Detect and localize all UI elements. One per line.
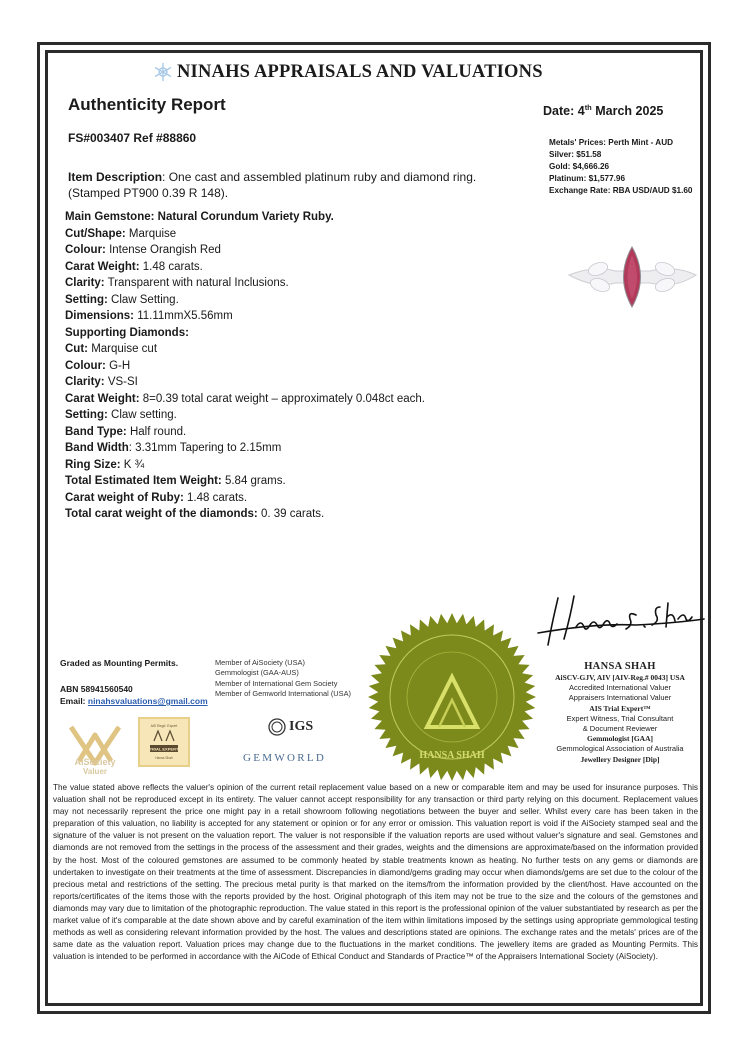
metal-price-gold: Gold: $4,666.26 xyxy=(549,161,692,173)
spec-label: Cut/Shape: xyxy=(65,228,126,240)
svg-text:Valuer: Valuer xyxy=(83,767,107,775)
exchange-rate: Exchange Rate: RBA USD/AUD $1.60 xyxy=(549,185,692,197)
spec-label: Band Type: xyxy=(65,426,127,438)
membership-list: Member of AiSociety (USA) Gemmologist (G… xyxy=(215,658,351,699)
svg-text:AiS Regd. Expert: AiS Regd. Expert xyxy=(151,724,178,728)
specification-list: Main Gemstone: Natural Corundum Variety … xyxy=(65,209,425,523)
valuer-credentials: HANSA SHAH AiSCV-GJV, AIV [AIV-Reg.# 004… xyxy=(530,660,710,765)
valuer-credential: Gemmologist [GAA] xyxy=(530,734,710,744)
gemworld-logo: GEMWORLD xyxy=(243,752,326,764)
spec-line: Carat Weight: 8=0.39 total carat weight … xyxy=(65,391,425,408)
spec-value: 0. 39 carats. xyxy=(258,508,324,520)
disclaimer-text: The value stated above reflects the valu… xyxy=(53,782,698,963)
spec-line: Carat Weight: 1.48 carats. xyxy=(65,259,425,276)
email-row: Email: ninahsvaluations@gmail.com xyxy=(60,696,208,706)
spec-value: Transparent with natural Inclusions. xyxy=(105,277,289,289)
membership-item: Member of Gemworld International (USA) xyxy=(215,689,351,699)
item-description: Item Description: One cast and assembled… xyxy=(68,169,498,201)
seal-text: HANSA SHAH xyxy=(419,750,485,761)
spec-value: 11.11mmX5.56mm xyxy=(134,310,233,322)
snowflake-gem-icon xyxy=(152,61,174,83)
metal-price-silver: Silver: $51.58 xyxy=(549,149,692,161)
spec-line: Clarity: VS-SI xyxy=(65,374,425,391)
valuer-credential: Accredited International Valuer xyxy=(530,683,710,693)
spec-value: G-H xyxy=(106,360,130,372)
spec-line: Total carat weight of the diamonds: 0. 3… xyxy=(65,506,425,523)
spec-label: Colour: xyxy=(65,244,106,256)
spec-label: Total Estimated Item Weight: xyxy=(65,475,222,487)
valuer-credential: Expert Witness, Trial Consultant xyxy=(530,714,710,724)
spec-line: Carat weight of Ruby: 1.48 carats. xyxy=(65,490,425,507)
spec-value: K ¾ xyxy=(121,459,145,471)
spec-value: Intense Orangish Red xyxy=(106,244,221,256)
metal-price-platinum: Platinum: $1,577.96 xyxy=(549,173,692,185)
graded-note: Graded as Mounting Permits. xyxy=(60,658,178,668)
valuer-credential: Jewellery Designer [Dip] xyxy=(530,755,710,765)
spec-value: Half round. xyxy=(127,426,186,438)
page-title: Authenticity Report xyxy=(68,95,226,115)
spec-label: Setting: xyxy=(65,409,108,421)
report-date: Date: 4th March 2025 xyxy=(543,103,663,118)
spec-line: Band Type: Half round. xyxy=(65,424,425,441)
spec-value: Claw setting. xyxy=(108,409,177,421)
spec-value: : 3.31mm Tapering to 2.15mm xyxy=(129,442,282,454)
membership-item: Member of International Gem Society xyxy=(215,679,351,689)
svg-text:AiSociety: AiSociety xyxy=(74,757,115,767)
brand-header: NINAHS APPRAISALS AND VALUATIONS xyxy=(152,61,543,83)
valuer-credential: & Document Reviewer xyxy=(530,724,710,734)
spec-label: Clarity: xyxy=(65,376,105,388)
date-label: Date: 4 xyxy=(543,104,585,118)
valuer-name: HANSA SHAH xyxy=(530,660,710,673)
spec-line: Total Estimated Item Weight: 5.84 grams. xyxy=(65,473,425,490)
date-ordinal: th xyxy=(585,103,592,112)
spec-value: VS-SI xyxy=(105,376,138,388)
spec-label: Supporting Diamonds: xyxy=(65,327,189,339)
valuer-credential: Gemmological Association of Australia xyxy=(530,744,710,754)
spec-value: Marquise cut xyxy=(88,343,157,355)
valuer-signature xyxy=(536,593,706,648)
metals-heading: Metals' Prices: Perth Mint - AUD xyxy=(549,137,692,149)
spec-label: Main Gemstone: Natural Corundum Variety … xyxy=(65,211,334,223)
spec-label: Setting: xyxy=(65,294,108,306)
spec-label: Ring Size: xyxy=(65,459,121,471)
membership-item: Gemmologist (GAA-AUS) xyxy=(215,668,351,678)
spec-line: Colour: G-H xyxy=(65,358,425,375)
valuer-credential: Appraisers International Valuer xyxy=(530,693,710,703)
spec-label: Total carat weight of the diamonds: xyxy=(65,508,258,520)
spec-line: Band Width: 3.31mm Tapering to 2.15mm xyxy=(65,440,425,457)
abn-number: ABN 58941560540 xyxy=(60,684,133,694)
trial-expert-badge: AiS Regd. Expert TRIAL EXPERT Hansa Shah xyxy=(138,717,190,767)
spec-line: Setting: Claw setting. xyxy=(65,407,425,424)
spec-line: Cut/Shape: Marquise xyxy=(65,226,425,243)
spec-label: Colour: xyxy=(65,360,106,372)
spec-line: Setting: Claw Setting. xyxy=(65,292,425,309)
spec-line: Supporting Diamonds: xyxy=(65,325,425,342)
spec-value: 1.48 carats. xyxy=(184,492,247,504)
reference-number: FS#003407 Ref #88860 xyxy=(68,131,196,145)
spec-value: 5.84 grams. xyxy=(222,475,286,487)
spec-value: Marquise xyxy=(126,228,177,240)
membership-item: Member of AiSociety (USA) xyxy=(215,658,351,668)
spec-line: Dimensions: 11.11mmX5.56mm xyxy=(65,308,425,325)
igs-text: IGS xyxy=(289,719,313,735)
company-name: NINAHS APPRAISALS AND VALUATIONS xyxy=(177,62,543,83)
spec-line: Colour: Intense Orangish Red xyxy=(65,242,425,259)
spec-label: Carat Weight: xyxy=(65,393,140,405)
valuer-registration: AiSCV-GJV, AIV [AIV-Reg.# 0043] USA xyxy=(530,673,710,683)
spec-label: Carat weight of Ruby: xyxy=(65,492,184,504)
spec-value: 1.48 carats. xyxy=(140,261,203,273)
spec-label: Band Width xyxy=(65,442,129,454)
spec-label: Dimensions: xyxy=(65,310,134,322)
spec-label: Cut: xyxy=(65,343,88,355)
spec-value: Claw Setting. xyxy=(108,294,179,306)
spec-line: Main Gemstone: Natural Corundum Variety … xyxy=(65,209,425,226)
aisociety-valuer-badge: AiSociety Valuer xyxy=(65,715,125,775)
spec-line: Clarity: Transparent with natural Inclus… xyxy=(65,275,425,292)
ring-photo xyxy=(565,245,700,310)
valuer-credential: AIS Trial Expert™ xyxy=(530,704,710,714)
svg-text:Hansa Shah: Hansa Shah xyxy=(155,756,173,760)
spec-label: Carat Weight: xyxy=(65,261,140,273)
spec-line: Ring Size: K ¾ xyxy=(65,457,425,474)
email-label: Email: xyxy=(60,696,88,706)
spec-label: Clarity: xyxy=(65,277,105,289)
email-link[interactable]: ninahsvaluations@gmail.com xyxy=(88,696,208,706)
svg-text:TRIAL EXPERT: TRIAL EXPERT xyxy=(150,747,179,752)
igs-logo: IGS xyxy=(268,718,313,736)
spec-value: 8=0.39 total carat weight – approximatel… xyxy=(140,393,425,405)
igs-emblem-icon xyxy=(268,718,286,736)
gold-seal: HANSA SHAH xyxy=(367,612,537,782)
date-month-year: March 2025 xyxy=(592,104,664,118)
item-description-label: Item Description xyxy=(68,170,162,184)
spec-line: Cut: Marquise cut xyxy=(65,341,425,358)
metals-prices: Metals' Prices: Perth Mint - AUD Silver:… xyxy=(549,137,692,197)
